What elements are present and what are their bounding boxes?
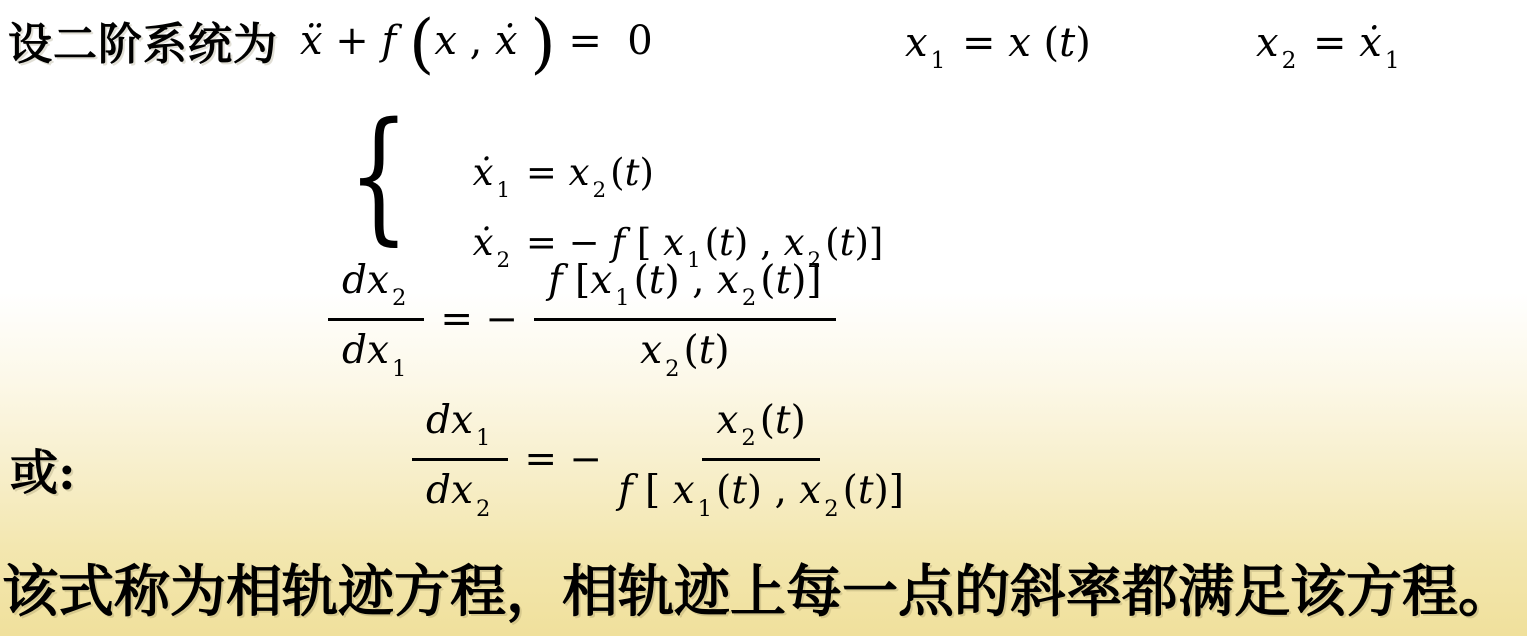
math-token: t (840, 221, 855, 264)
math-token: t (776, 258, 792, 303)
math-token: f (548, 258, 562, 303)
math-token: f (382, 18, 397, 64)
math-token: ẋ (495, 18, 518, 64)
math-token: ẋ (1359, 20, 1382, 66)
intro-text: 设二阶系统为 (8, 8, 278, 72)
math-token: t (1059, 20, 1075, 66)
denominator: dx1 (342, 321, 410, 381)
math-token: x (434, 18, 457, 64)
numerator: x2(t) (702, 398, 820, 461)
math-token: [ (563, 258, 591, 303)
math-token: = 0 (556, 18, 653, 64)
math-token: ) , (664, 258, 716, 303)
lhs-fraction: dx2 dx1 (328, 258, 424, 382)
math-token: 1 (695, 496, 716, 522)
math-token: t (858, 468, 874, 513)
math-token: dx (342, 328, 389, 373)
math-token: 2 (738, 425, 759, 451)
state-variable-def-x2: x2 = ẋ1 (1256, 16, 1404, 78)
math-token (396, 18, 409, 64)
math-token: = (949, 20, 1008, 66)
math-token: )] (874, 468, 904, 513)
phase-slope-equation-inverse: dx1 dx2 = − x2(t) f [ x1(t) , x2(t)] (412, 398, 904, 522)
math-token: ) (1075, 20, 1091, 66)
math-token: x (716, 398, 738, 443)
phase-slope-equation: dx2 dx1 = − f [x1(t) , x2(t)] x2(t) (328, 258, 836, 382)
denominator: x2(t) (640, 321, 730, 381)
numerator: dx1 (412, 398, 508, 461)
math-token: ( (760, 398, 775, 443)
math-token: dx (426, 398, 473, 443)
math-token: = − (440, 297, 518, 342)
math-token: 1 (928, 47, 950, 74)
math-token: 2 (389, 285, 410, 311)
system-brace: { (348, 104, 409, 248)
main-system-equation: ẍ + f (x , ẋ ) = 0 (300, 0, 653, 82)
math-token: 1 (473, 425, 494, 451)
math-token: dx (426, 468, 473, 513)
math-token: ( (1031, 20, 1059, 66)
rhs-fraction: f [x1(t) , x2(t)] x2(t) (534, 258, 836, 382)
math-token: ( (634, 258, 649, 303)
equals-minus-sign: = − (508, 437, 618, 482)
math-token: t (649, 258, 665, 303)
math-token: 2 (473, 496, 494, 522)
math-token: ẍ (300, 18, 323, 64)
math-token: ( (760, 258, 775, 303)
equals-minus-sign: = − (424, 297, 534, 342)
math-token: )] (791, 258, 821, 303)
state-variable-def-x1: x1 = x (t) (905, 16, 1091, 78)
math-token: t (699, 328, 715, 373)
math-token: t (775, 398, 791, 443)
denominator: f [ x1(t) , x2(t)] (618, 461, 904, 521)
numerator: dx2 (328, 258, 424, 321)
numerator: f [x1(t) , x2(t)] (534, 258, 836, 321)
math-token: = − (524, 437, 602, 482)
math-token: 2 (1279, 47, 1301, 74)
math-token: 2 (662, 356, 683, 382)
equation-tokens: ẍ + f (x , ẋ ) = 0 (300, 18, 653, 64)
math-token: ) (791, 398, 806, 443)
math-token: = (1300, 20, 1359, 66)
math-token: x (717, 258, 739, 303)
math-token: 2 (739, 285, 760, 311)
math-token: x (673, 468, 695, 513)
math-token: )] (854, 221, 883, 264)
equation-tokens: x1 = x (t) (905, 20, 1091, 75)
math-token: x (640, 328, 662, 373)
math-token: ) , (747, 468, 799, 513)
math-token: , (457, 18, 495, 64)
math-token: ) (530, 7, 555, 82)
or-label: 或: (10, 434, 76, 503)
math-token: ( (843, 468, 858, 513)
math-token: x (1008, 20, 1031, 66)
math-token: 1 (1382, 47, 1404, 74)
math-token: x (1256, 20, 1279, 66)
math-token: ( (409, 7, 434, 82)
math-token: ( (716, 468, 731, 513)
conclusion-text: 该式称为相轨迹方程，相轨迹上每一点的斜率都满足该方程。 (2, 548, 1514, 628)
lhs-fraction: dx1 dx2 (412, 398, 508, 522)
math-token: 1 (389, 356, 410, 382)
rhs-fraction: x2(t) f [ x1(t) , x2(t)] (618, 398, 904, 522)
math-token: + (323, 18, 382, 64)
math-token (518, 18, 531, 64)
math-token: x (590, 258, 612, 303)
math-token: 2 (821, 496, 842, 522)
math-token: x (799, 468, 821, 513)
math-token: [ (633, 468, 673, 513)
denominator: dx2 (426, 461, 494, 521)
math-token: f (618, 468, 632, 513)
math-token: t (731, 468, 747, 513)
equation-tokens: x2 = ẋ1 (1256, 20, 1404, 75)
math-token: x (905, 20, 928, 66)
math-token: ( (684, 328, 699, 373)
math-token: 1 (612, 285, 633, 311)
lecture-slide: 设二阶系统为 ẍ + f (x , ẋ ) = 0 x1 = x (t) x2 … (0, 0, 1527, 636)
math-token: dx (342, 258, 389, 303)
math-token: ) (714, 328, 729, 373)
